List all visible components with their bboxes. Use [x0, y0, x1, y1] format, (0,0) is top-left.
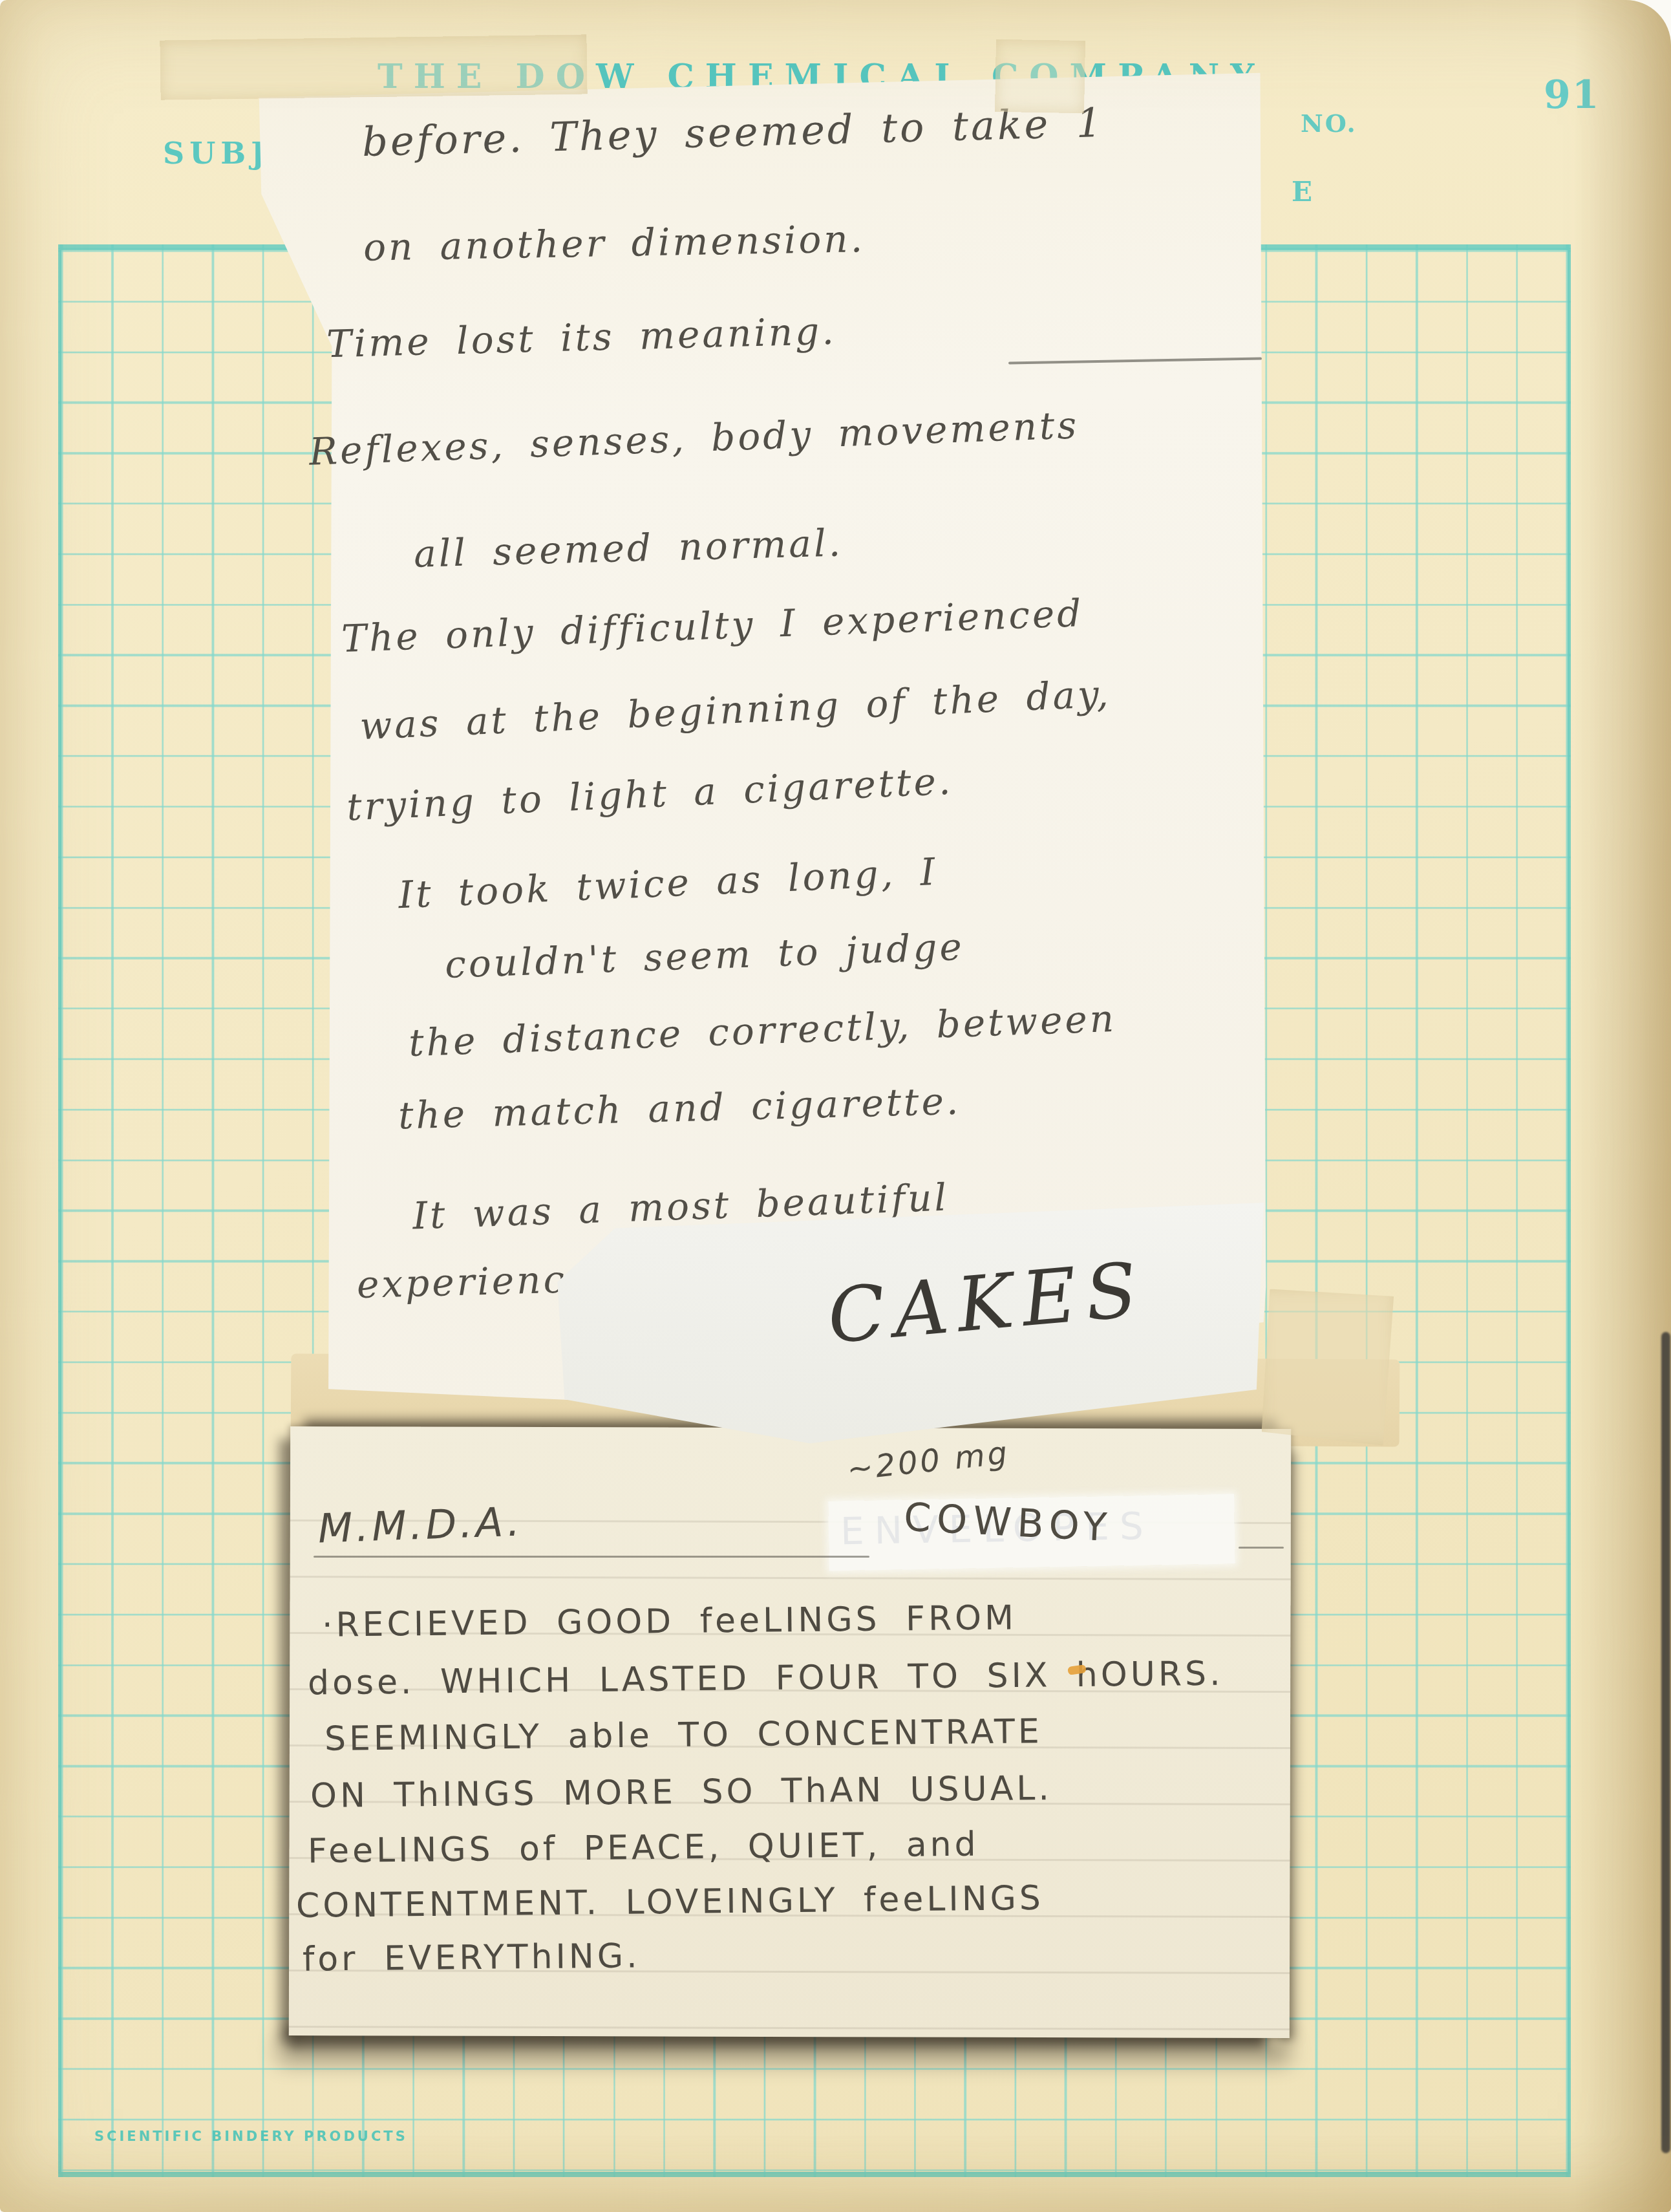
note-line: on another dimension.: [363, 217, 865, 270]
book-no-label: NO.: [1301, 109, 1357, 138]
tape-strip-top-left: [160, 34, 587, 100]
notebook-page-scan: SCIENTIFIC BINDERY PRODUCTS THE DOW CHEM…: [0, 0, 1671, 2212]
card-body-line: SEEMINGLY able TO CONCENTRATE: [325, 1712, 1043, 1759]
tape-strip-top-right: [995, 39, 1085, 113]
card-body-line: FeeLINGS of PEACE, QUIET, and: [308, 1825, 979, 1871]
tape-strip-right: [1259, 1287, 1396, 1448]
page-edge-shading: [1574, 0, 1671, 2212]
card-title-underline-end: [1239, 1547, 1284, 1549]
card-body-line: CONTENTMENT. LOVEINGLY feeLINGS: [296, 1879, 1045, 1926]
card-body-line: for EVERYThING.: [303, 1937, 641, 1979]
card-body-line: ON ThINGS MORE SO ThAN USUAL.: [310, 1769, 1052, 1816]
card-title-underline: [314, 1556, 869, 1558]
date-label-fragment: E: [1292, 176, 1312, 208]
card-shadow-bottom-soft: [278, 2035, 1290, 2064]
bindery-footer: SCIENTIFIC BINDERY PRODUCTS: [94, 2129, 408, 2144]
card-title: M.M.D.A.: [317, 1498, 524, 1552]
scan-edge-sliver: [1661, 1332, 1670, 2153]
card-body-line: ·RECIEVED GOOD feeLINGS FROM: [322, 1598, 1017, 1644]
